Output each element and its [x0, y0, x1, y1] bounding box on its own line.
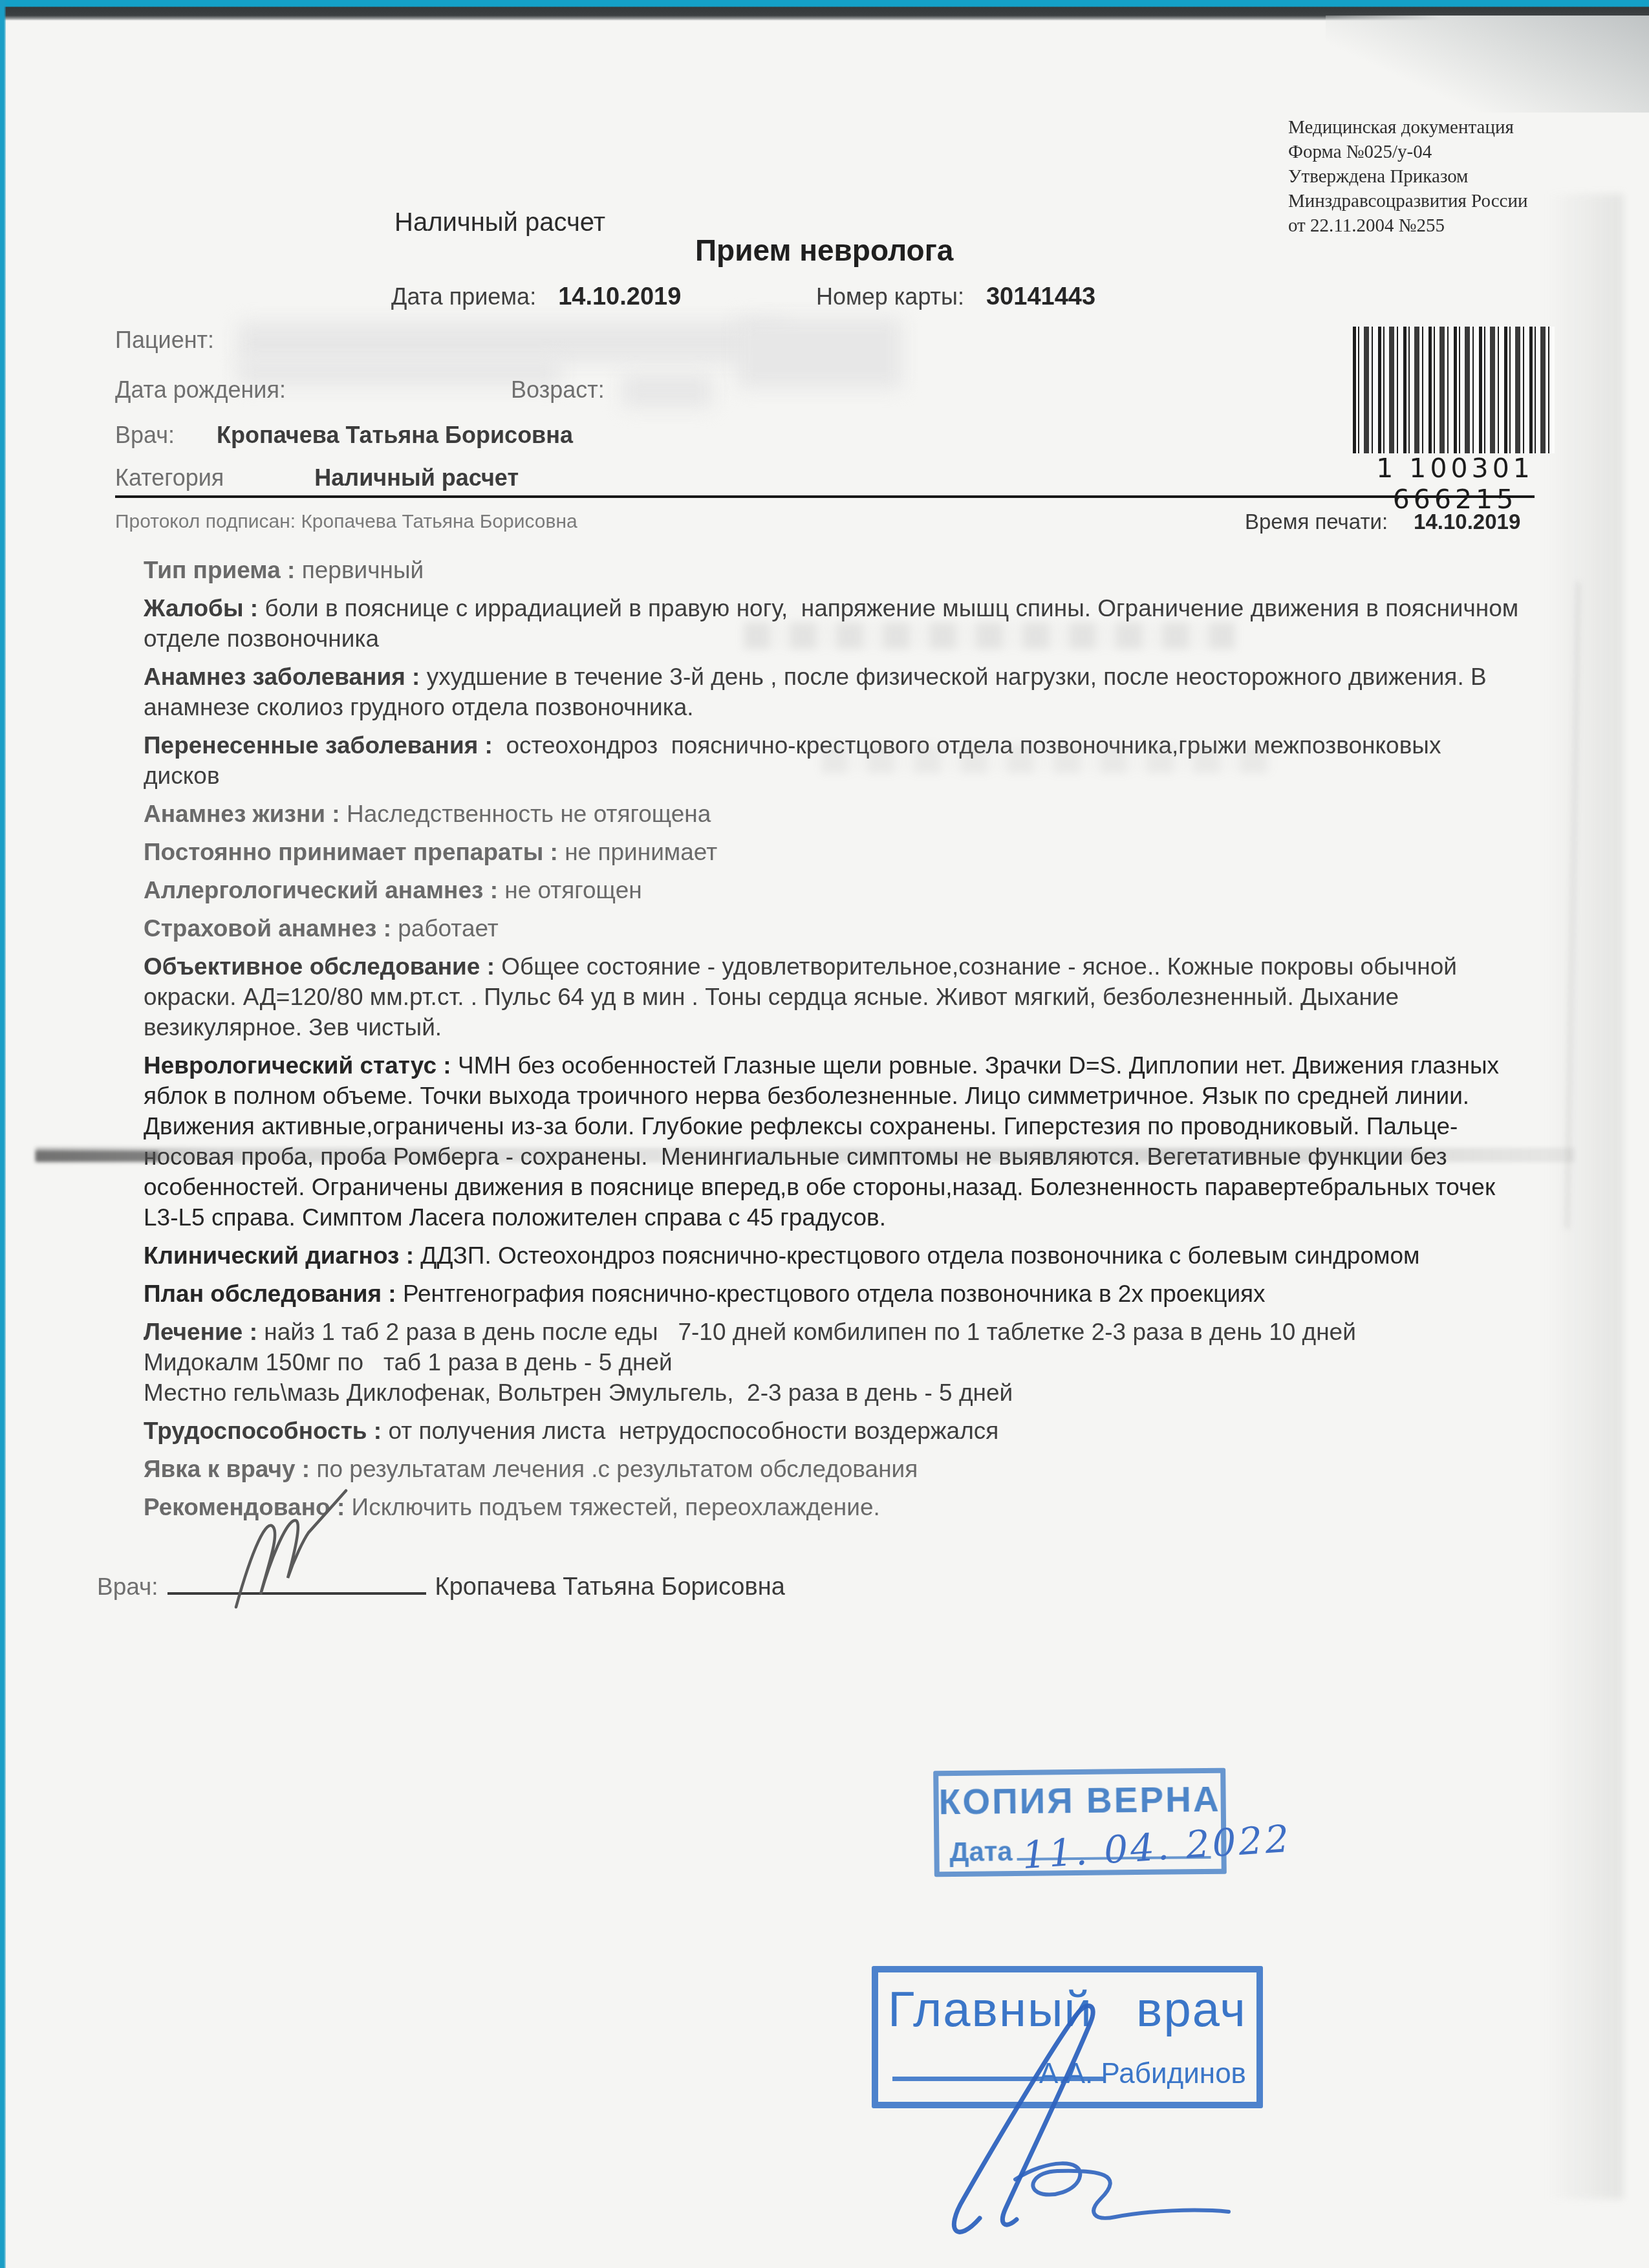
visit-date-value: 14.10.2019: [558, 283, 681, 310]
record-section: Клинический диагноз : ДДЗП. Остеохондроз…: [144, 1240, 1521, 1271]
record-section: Явка к врачу : по результатам лечения .с…: [144, 1454, 1521, 1484]
section-label: Перенесенные заболевания :: [144, 732, 493, 759]
record-section: Анамнез заболевания : ухудшение в течени…: [144, 662, 1521, 722]
section-label: Анамнез заболевания :: [144, 664, 420, 690]
payment-type: Наличный расчет: [394, 208, 605, 237]
protocol-signed-line: Протокол подписан: Кропачева Татьяна Бор…: [115, 511, 577, 533]
doctor-signature-icon: [191, 1484, 385, 1620]
section-label: Жалобы :: [144, 595, 258, 621]
card-number-row: Номер карты:30141443: [816, 283, 1095, 311]
chief-signature-icon: [918, 1985, 1280, 2244]
form-info-line: Медицинская документация: [1288, 115, 1599, 140]
section-text: работает: [398, 915, 499, 942]
record-section: Неврологический статус : ЧМН без особенн…: [144, 1050, 1521, 1233]
section-text: первичный: [302, 557, 424, 583]
section-label: Трудоспособность :: [144, 1418, 382, 1444]
footer-doctor-label: Врач:: [97, 1573, 158, 1600]
record-section: Лечение : найз 1 таб 2 раза в день после…: [144, 1317, 1521, 1408]
record-section: План обследования : Рентгенография поясн…: [144, 1279, 1521, 1309]
document-title: Прием невролога: [695, 233, 953, 268]
barcode-digits: 1 100301 666215: [1329, 453, 1581, 515]
section-text: от получения листа нетрудоспособности во…: [388, 1418, 998, 1444]
section-text: ЧМН без особенностей Глазные щели ровные…: [144, 1052, 1505, 1231]
section-text: Наследственность не отягощена: [347, 801, 711, 827]
birth-date-label: Дата рождения:: [115, 376, 286, 404]
redacted-patient-name: [238, 322, 784, 362]
footer-doctor-name: Кропачева Татьяна Борисовна: [435, 1573, 785, 1601]
copy-stamp-title: КОПИЯ ВЕРНА: [938, 1778, 1221, 1823]
doctor-row: Врач: Кропачева Татьяна Борисовна: [115, 422, 573, 449]
ghost-print: [821, 745, 1274, 773]
page-corner-shadow: [1326, 16, 1649, 113]
ghost-print: [744, 622, 1235, 649]
section-label: План обследования :: [144, 1280, 396, 1307]
scanner-edge-left: [0, 0, 6, 2268]
barcode: [1353, 327, 1555, 453]
card-number-value: 30141443: [986, 283, 1095, 310]
visit-date-label: Дата приема:: [391, 283, 536, 310]
record-section: Анамнез жизни : Наследственность не отяг…: [144, 799, 1521, 829]
section-label: Постоянно принимает препараты :: [144, 839, 558, 865]
section-label: Явка к врачу :: [144, 1456, 310, 1482]
record-section: Страховой анамнез : работает: [144, 913, 1521, 944]
section-text: Исключить подъем тяжестей, переохлаждени…: [352, 1494, 880, 1520]
section-label: Объективное обследование :: [144, 953, 495, 980]
section-label: Анамнез жизни :: [144, 801, 340, 827]
section-text: не отягощен: [504, 877, 641, 903]
record-section: Постоянно принимает препараты : не прини…: [144, 837, 1521, 867]
copy-verified-stamp: КОПИЯ ВЕРНА Дата 11. 04. 2022: [933, 1768, 1227, 1877]
print-time-value: 14.10.2019: [1414, 510, 1520, 534]
print-time-row: Время печати:14.10.2019: [1245, 510, 1520, 534]
section-label: Неврологический статус :: [144, 1052, 451, 1079]
record-section: Объективное обследование : Общее состоян…: [144, 951, 1521, 1042]
scan-smudge-blob: [36, 1151, 158, 1161]
divider-line: [115, 495, 1535, 498]
record-section: Тип приема : первичный: [144, 555, 1521, 585]
record-section: Трудоспособность : от получения листа не…: [144, 1416, 1521, 1446]
doctor-name: Кропачева Татьяна Борисовна: [217, 422, 573, 448]
section-text: найз 1 таб 2 раза в день после еды 7-10 …: [144, 1319, 1356, 1406]
section-text: Рентгенография пояснично-крестцового отд…: [403, 1280, 1266, 1307]
category-row: Категория Наличный расчет: [115, 464, 519, 491]
section-text: по результатам лечения .с результатом об…: [316, 1456, 918, 1482]
form-info-line: Форма №025/у-04: [1288, 140, 1599, 164]
doctor-label: Врач:: [115, 422, 175, 448]
patient-label: Пациент:: [115, 327, 214, 354]
form-info-block: Медицинская документация Форма №025/у-04…: [1288, 115, 1599, 238]
section-text: не принимает: [565, 839, 717, 865]
record-section: Аллергологический анамнез : не отягощен: [144, 875, 1521, 905]
age-label: Возраст:: [511, 376, 605, 404]
category-value: Наличный расчет: [314, 464, 519, 491]
card-number-label: Номер карты:: [816, 283, 964, 310]
print-time-label: Время печати:: [1245, 510, 1388, 534]
form-info-line: Утверждена Приказом: [1288, 164, 1599, 189]
category-label: Категория: [115, 464, 224, 491]
form-info-line: от 22.11.2004 №255: [1288, 213, 1599, 238]
section-label: Лечение :: [144, 1319, 257, 1345]
section-text: ДДЗП. Остеохондроз пояснично-крестцового…: [420, 1242, 1419, 1269]
scanned-medical-document: Медицинская документация Форма №025/у-04…: [0, 0, 1649, 2268]
visit-date-row: Дата приема:14.10.2019: [391, 283, 681, 311]
form-info-line: Минздравсоцразвития России: [1288, 189, 1599, 213]
section-label: Страховой анамнез :: [144, 915, 391, 942]
section-label: Клинический диагноз :: [144, 1242, 414, 1269]
redacted-patient-name: [737, 318, 902, 388]
section-label: Тип приема :: [144, 557, 295, 583]
copy-stamp-date-label: Дата: [949, 1836, 1013, 1868]
scan-smudge: [36, 1148, 1575, 1162]
section-label: Аллергологический анамнез :: [144, 877, 498, 903]
copy-stamp-date-handwritten: 11. 04. 2022: [1021, 1815, 1320, 1877]
record-sections: Тип приема : первичныйЖалобы : боли в по…: [144, 555, 1521, 1530]
redacted-age: [622, 374, 713, 407]
